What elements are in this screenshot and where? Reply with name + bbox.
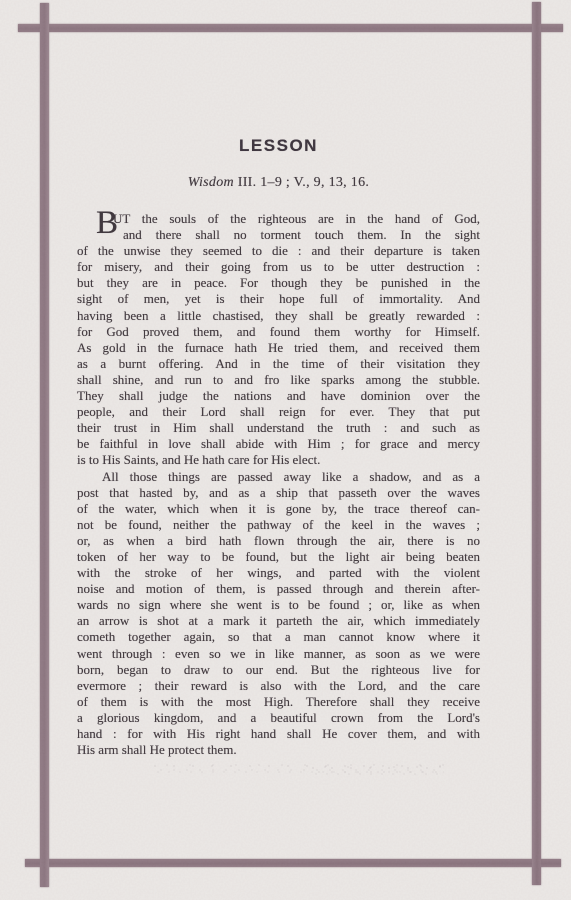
text-line: hand : for with His right hand shall He … [77,726,480,742]
text-line: noise and motion of them, is passed thro… [77,581,480,597]
text-line: having been a little chastised, they sha… [77,308,480,324]
drop-cap-initial: B [96,207,118,240]
text-line: shall shine, and run to and fro like spa… [77,372,480,388]
text-line: evermore ; their reward is also with the… [77,678,480,694]
text-line: a glorious kingdom, and a beautiful crow… [77,710,480,726]
text-line: as a burnt offering. And in the time of … [77,356,480,372]
text-line: post that hasted by, and as a ship that … [77,485,480,501]
page-content: LESSON Wisdom III. 1–9 ; V., 9, 13, 16. … [0,0,571,900]
citation-book-name: Wisdom [188,175,234,190]
text-line: They shall judge the nations and have do… [77,388,480,404]
text-line: an arrow is shot at a mark it parteth th… [77,613,480,629]
text-line: of the unwise they seemed to die : and t… [77,243,480,259]
lesson-paragraph-2: All those things are passed away like a … [77,469,480,759]
text-line: sight of men, yet is their hope full of … [77,291,480,307]
text-line: UT the souls of the righteous are in the… [77,211,480,227]
text-line: with the stroke of her wings, and parted… [77,565,480,581]
text-line: went through : even so we in like manner… [77,646,480,662]
text-line: born, began to draw to our end. But the … [77,662,480,678]
scripture-citation: Wisdom III. 1–9 ; V., 9, 13, 16. [77,174,480,191]
text-line: of them is with the most High. Therefore… [77,694,480,710]
text-line: for God proved them, and found them wort… [77,324,480,340]
text-line: His arm shall He protect them. [77,742,480,758]
text-line: and there shall no torment touch them. I… [77,227,480,243]
text-line: of the water, which when it is gone by, … [77,501,480,517]
lesson-heading: LESSON [77,137,480,154]
text-line: be faithful in love shall abide with Him… [77,436,480,452]
text-line: wards no sign where she went is to be fo… [77,597,480,613]
text-line: token of her way to be found, but the li… [77,549,480,565]
lesson-paragraph-1: UT the souls of the righteous are in the… [77,211,480,469]
scanned-book-page: LESSON Wisdom III. 1–9 ; V., 9, 13, 16. … [0,0,571,900]
text-line: but they are in peace. For though they b… [77,275,480,291]
text-line: not be found, neither the pathway of the… [77,517,480,533]
citation-reference: III. 1–9 ; V., 9, 13, 16. [238,175,369,190]
text-line: for misery, and their going from us to b… [77,259,480,275]
text-line: cometh together again, so that a man can… [77,629,480,645]
text-line: people, and their Lord shall reign for e… [77,404,480,420]
text-line: All those things are passed away like a … [77,469,480,485]
lesson-body-text: B UT the souls of the righteous are in t… [77,211,480,758]
text-line: As gold in the furnace hath He tried the… [77,340,480,356]
text-line: or, as when a bird hath flown through th… [77,533,480,549]
text-line: their trust in Him shall understand the … [77,420,480,436]
text-line: is to His Saints, and He hath care for H… [77,452,480,468]
